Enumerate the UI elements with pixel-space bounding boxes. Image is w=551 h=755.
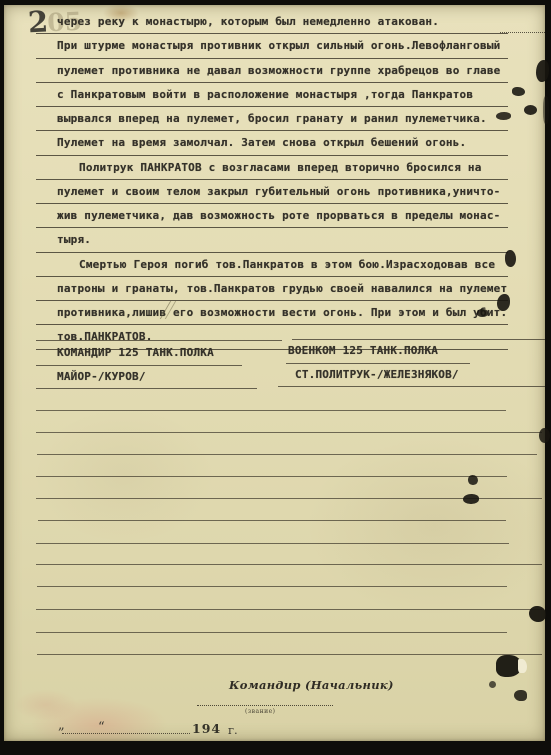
ruled-line [36,365,242,366]
typed-text-line: через реку к монастырю, которым был неме… [36,10,508,34]
date-fill-line [62,733,190,734]
ruled-line [36,410,506,411]
ink-blot [489,681,496,688]
ruled-line [36,432,542,433]
ink-blot [477,309,488,317]
signature-right-name: СТ.ПОЛИТРУК-/ЖЕЛЕЗНЯКОВ/ [295,368,459,381]
ruled-line [36,543,509,544]
ink-blot [514,690,527,701]
ruled-line [286,363,470,364]
typed-text-line: противника,лишив его возможности вести о… [36,301,508,325]
typed-text-line: пулемет противника не давал возможности … [36,59,508,83]
ink-blot [539,428,550,443]
date-year-suffix: г. [228,723,238,737]
ink-blot [463,494,479,504]
ruled-line [278,386,545,387]
ruled-line [36,388,257,389]
ink-blot [496,112,511,120]
typed-text-line: Смертью Героя погиб тов.Панкратов в этом… [36,253,508,277]
typed-text-line: Политрук ПАНКРАТОВ с возгласами вперед в… [36,156,508,180]
typed-text-line: При штурме монастыря противник открыл си… [36,34,508,58]
ink-blot [518,659,527,673]
signature-right-title: ВОЕНКОМ 125 ТАНК.ПОЛКА [288,344,438,357]
rank-signature-line [197,705,333,706]
ink-blot [468,475,478,485]
date-year: 194 [192,721,221,736]
typed-text-line: вырвался вперед на пулемет, бросил грана… [36,107,508,131]
ruled-line [37,586,507,587]
ruled-line [292,339,545,340]
commander-label: Командир (Начальник) [229,678,394,692]
rank-caption: (звание) [245,708,275,715]
signature-left-title: КОМАНДИР 125 ТАНК.ПОЛКА [57,346,214,359]
ruled-line [36,564,542,565]
ruled-line [37,654,542,655]
ruled-line [36,340,282,341]
ink-blot [529,606,546,622]
typed-text-line: пулемет и своим телом закрыл губительный… [36,180,508,204]
ruled-line-dotted [500,32,545,33]
typed-text-line: патроны и гранаты, тов.Панкратов грудью … [36,277,508,301]
typed-text-line: тыря. [36,228,508,252]
ink-blot [524,105,537,115]
document-page: 205 через реку к монастырю, которым был … [0,0,551,755]
ruled-line [36,632,507,633]
typed-text-line: с Панкратовым войти в расположение монас… [36,83,508,107]
ink-blot [505,250,516,267]
ruled-line [36,476,507,477]
signature-left-name: МАЙОР-/КУРОВ/ [57,370,146,383]
ink-blot [512,87,525,96]
ink-blot [536,60,549,82]
scan-frame: 205 через реку к монастырю, которым был … [0,0,551,755]
ink-blot [497,294,510,311]
ink-blot [543,96,549,124]
body-lines: через реку к монастырю, которым был неме… [36,10,508,350]
ruled-line [36,609,542,610]
ruled-line [37,454,537,455]
ruled-line [38,520,506,521]
date-open-quote: „ [58,718,65,733]
typed-text-line: Пулемет на время замолчал. Затем снова о… [36,131,508,155]
typed-text-line: жив пулеметчика, дав возможность роте пр… [36,204,508,228]
